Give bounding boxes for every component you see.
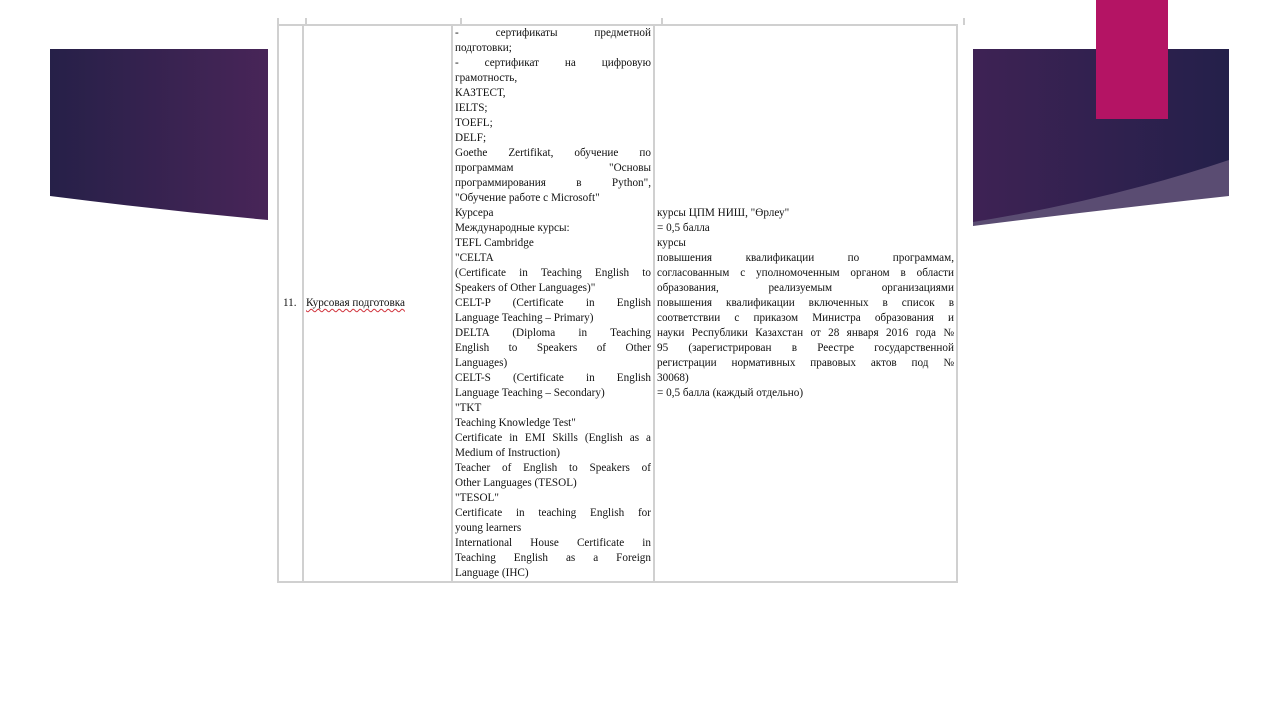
points-line: = 0,5 балла [657, 221, 954, 236]
points-line: науки Республики Казахстан от 28 января … [657, 326, 954, 341]
certificates-line: English to Speakers of Other [455, 341, 651, 356]
certificates-line: "TESOL" [455, 491, 651, 506]
certificates-line: "TKT [455, 401, 651, 416]
certificates-line: программирования в Python", [455, 176, 651, 191]
points-line: 95 (зарегистрирован в Реестре государств… [657, 341, 954, 356]
certificates-line: Medium of Instruction) [455, 446, 651, 461]
certificates-line: DELF; [455, 131, 651, 146]
left-purple-banner [50, 49, 268, 220]
certificates-line: CELT-S (Certificate in English [455, 371, 651, 386]
table-edge-tick [963, 18, 965, 25]
points-line: курсы ЦПМ НИШ, "Өрлеу" [657, 206, 954, 221]
certificates-line: - сертификат на цифровую [455, 56, 651, 71]
certificates-line: CELT-P (Certificate in English [455, 296, 651, 311]
certificates-line: Международные курсы: [455, 221, 651, 236]
certificates-line: (Certificate in Teaching English to [455, 266, 651, 281]
certificates-line: Teaching English as a Foreign [455, 551, 651, 566]
criteria-table: 11. Курсовая подготовка - сертификаты пр… [277, 24, 958, 583]
row-name-text: Курсовая подготовка [306, 297, 405, 309]
certificates-line: young learners [455, 521, 651, 536]
certificates-line: Speakers of Other Languages)" [455, 281, 651, 296]
certificates-line: TEFL Cambridge [455, 236, 651, 251]
certificates-line: Language Teaching – Primary) [455, 311, 651, 326]
certificates-line: подготовки; [455, 41, 651, 56]
certificates-line: Languages) [455, 356, 651, 371]
certificates-line: грамотность, [455, 71, 651, 86]
points-line: = 0,5 балла (каждый отдельно) [657, 386, 954, 401]
points-line: регистрации нормативных правовых актов п… [657, 356, 954, 371]
certificates-line: IELTS; [455, 101, 651, 116]
points-line: повышения квалификации по программам, [657, 251, 954, 266]
certificates-line: КАЗТЕСТ, [455, 86, 651, 101]
magenta-accent-block [1096, 0, 1168, 119]
points-cell: курсы ЦПМ НИШ, "Өрлеу" = 0,5 баллакурсып… [654, 25, 957, 582]
certificates-line: Курсера [455, 206, 651, 221]
row-number: 11. [278, 25, 303, 582]
certificates-line: TOEFL; [455, 116, 651, 131]
certificates-line: Teacher of English to Speakers of [455, 461, 651, 476]
certificates-line: Certificate in EMI Skills (English as a [455, 431, 651, 446]
certificates-line: Language (IHC) [455, 566, 651, 581]
row-name: Курсовая подготовка [303, 25, 452, 582]
certificates-line: Certificate in teaching English for [455, 506, 651, 521]
points-line: соответствии с приказом Министра образов… [657, 311, 954, 326]
certificates-line: "Обучение работе с Microsoft" [455, 191, 651, 206]
points-line: 30068) [657, 371, 954, 386]
certificates-line: Goethe Zertifikat, обучение по [455, 146, 651, 161]
row-number-text: 11. [283, 297, 297, 309]
certificates-line: "CELTA [455, 251, 651, 266]
certificates-line: программам "Основы [455, 161, 651, 176]
points-line: курсы [657, 236, 954, 251]
table-row: 11. Курсовая подготовка - сертификаты пр… [278, 25, 957, 582]
certificates-line: International House Certificate in [455, 536, 651, 551]
certificates-line: DELTA (Diploma in Teaching [455, 326, 651, 341]
points-line: образования, реализуемым организациями [657, 281, 954, 296]
certificates-line: Language Teaching – Secondary) [455, 386, 651, 401]
points-line: согласованным с уполномоченным органом в… [657, 266, 954, 281]
certificates-line: Other Languages (TESOL) [455, 476, 651, 491]
points-line: повышения квалификации включенных в спис… [657, 296, 954, 311]
certificates-line: - сертификаты предметной [455, 26, 651, 41]
certificates-line: Teaching Knowledge Test" [455, 416, 651, 431]
certificates-cell: - сертификаты предметнойподготовки;- сер… [452, 25, 654, 582]
